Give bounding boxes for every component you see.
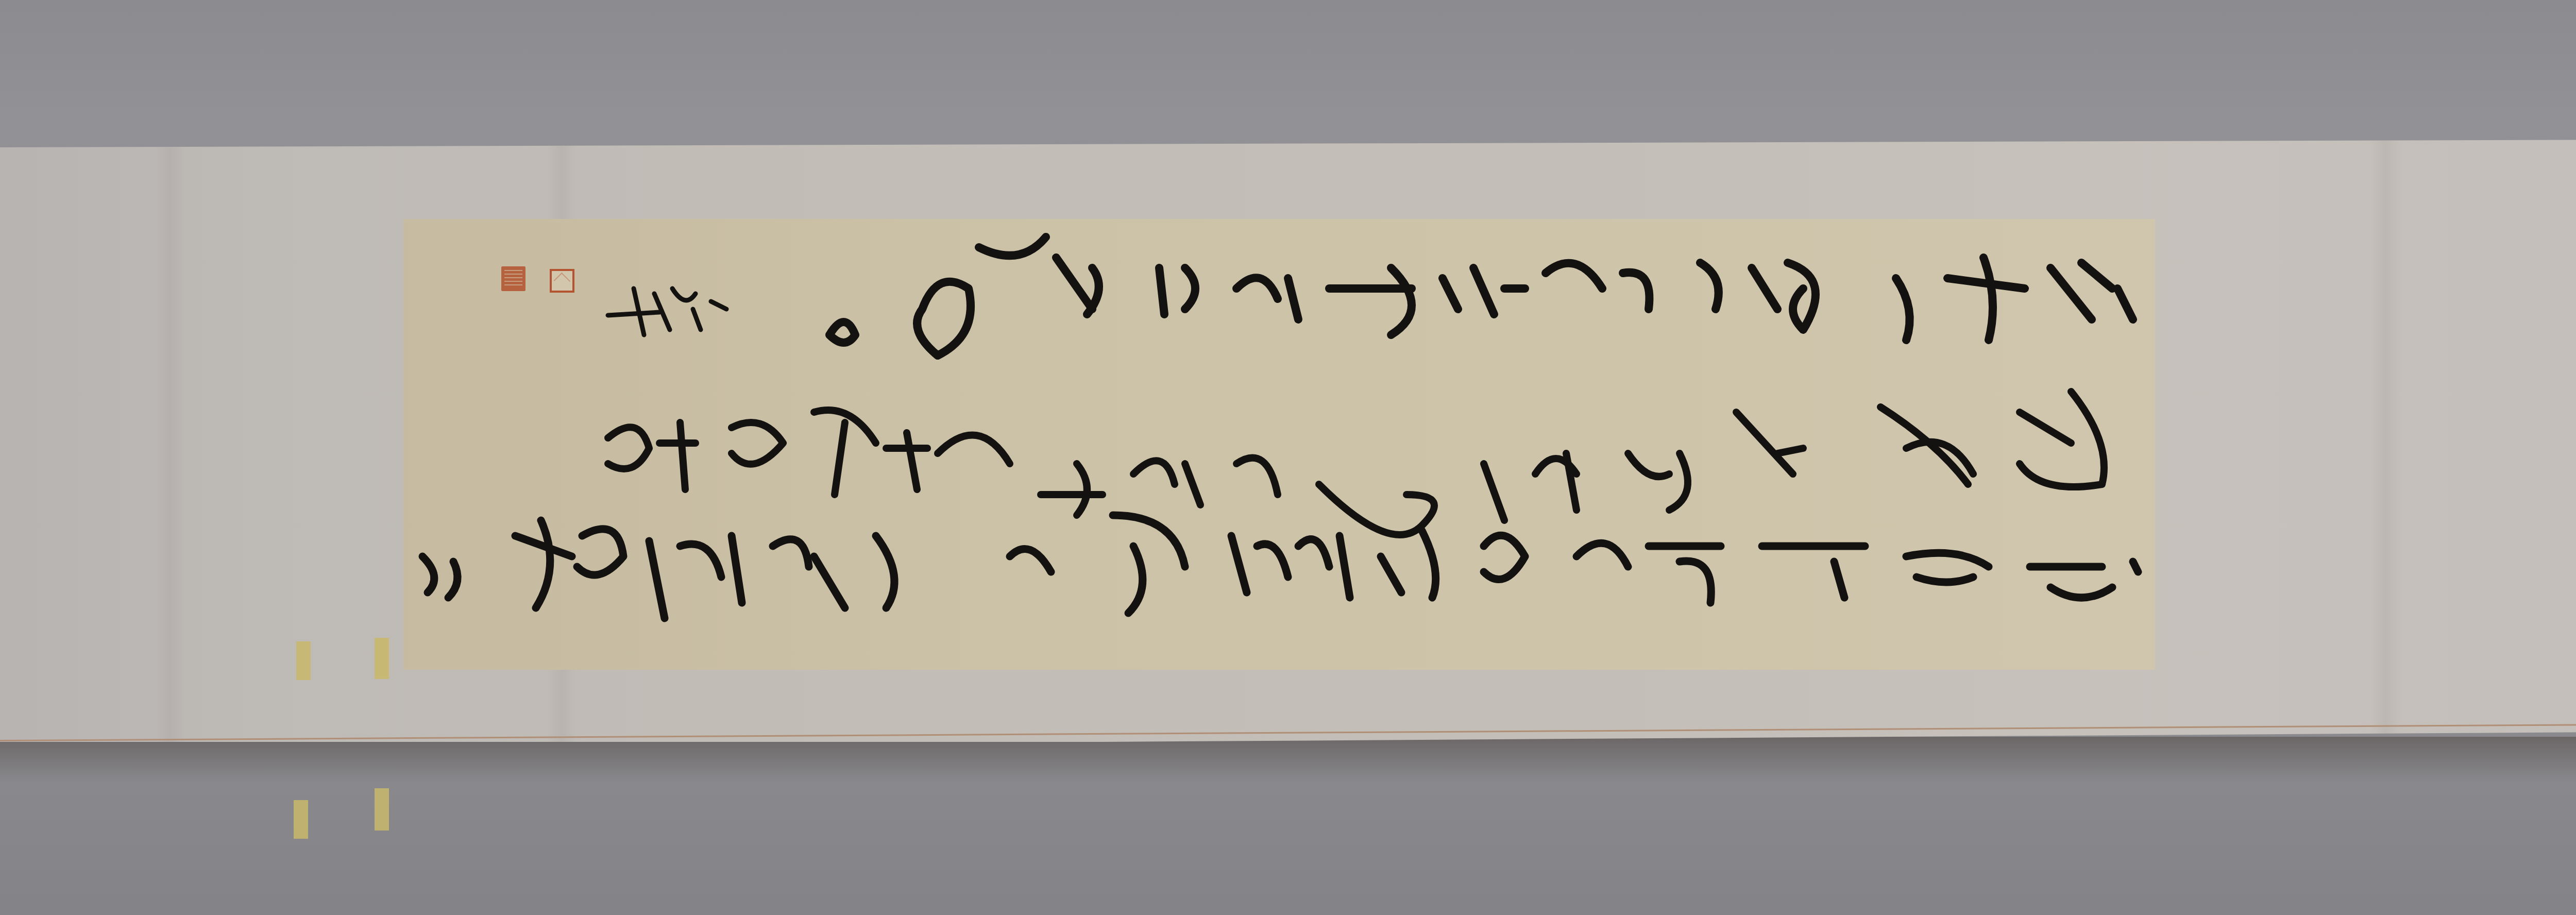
text-row-1 [829, 237, 2133, 355]
signature-inscription [608, 289, 726, 335]
calligraphy-ink-strokes [0, 0, 2576, 915]
text-row-2 [608, 392, 2104, 535]
text-row-3 [422, 515, 2138, 618]
